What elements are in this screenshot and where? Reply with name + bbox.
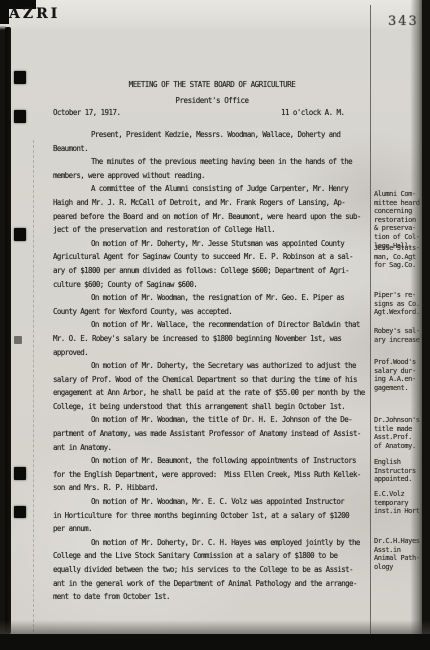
body-line: equally divided between the two; his ser… bbox=[53, 565, 375, 579]
body-line: per annum. bbox=[53, 524, 375, 538]
body-line: On motion of Mr. Woodman, the resignatio… bbox=[53, 293, 375, 307]
meeting-subtitle: President's Office bbox=[53, 96, 371, 105]
body-line: Mr. O. E. Robey's salary be increased to… bbox=[53, 334, 375, 348]
body-line: A committee of the Alumni consisting of … bbox=[53, 184, 375, 198]
body-line: On motion of Mr. Doherty, the Secretary … bbox=[53, 361, 375, 375]
microfilm-scan: AZRI 343 MEETING OF THE STATE BOARD OF A… bbox=[0, 0, 430, 650]
body-line: Beaumont. bbox=[53, 144, 375, 158]
page-top-band bbox=[0, 0, 430, 30]
body-line: College and the Live Stock Sanitary Comm… bbox=[53, 551, 375, 565]
body-line: On motion of Mr. Doherty, Dr. C. H. Haye… bbox=[53, 538, 375, 552]
body-line: County Agent for Wexford County, was acc… bbox=[53, 307, 375, 321]
body-line: On motion of Mr. Woodman, the title of D… bbox=[53, 415, 375, 429]
film-bottom-edge bbox=[0, 634, 430, 650]
body-line: in Horticulture for three months beginni… bbox=[53, 511, 375, 525]
body-line: salary of Prof. Wood of the Chemical Dep… bbox=[53, 375, 375, 389]
binding-mark bbox=[14, 336, 22, 344]
film-corner-artifact bbox=[0, 0, 9, 24]
heading-block: MEETING OF THE STATE BOARD OF AGRICULTUR… bbox=[53, 80, 371, 105]
body-line: College, it being understood that this a… bbox=[53, 402, 375, 416]
body-line: The minutes of the previous meeting havi… bbox=[53, 157, 375, 171]
page-edge-shadow-bottom bbox=[0, 620, 430, 634]
body-line: ant in Anatomy. bbox=[53, 443, 375, 457]
film-label: AZRI bbox=[9, 6, 60, 22]
body-line: On motion of Mr. Woodman, Mr. E. C. Volz… bbox=[53, 497, 375, 511]
meeting-title: MEETING OF THE STATE BOARD OF AGRICULTUR… bbox=[53, 80, 371, 89]
body-line: Present, President Kedzie, Messrs. Woodm… bbox=[53, 130, 375, 144]
body-line: ment to date from October 1st. bbox=[53, 592, 375, 606]
binding-mark bbox=[14, 506, 26, 518]
body-line: engagement at Ann Arbor, he shall be pai… bbox=[53, 388, 375, 402]
film-right-edge bbox=[422, 0, 430, 650]
body-line: approved. bbox=[53, 348, 375, 362]
film-left-edge bbox=[5, 27, 11, 634]
binding-mark bbox=[14, 110, 26, 123]
meeting-date: October 17, 1917. bbox=[53, 108, 120, 117]
meeting-time: 11 o'clock A. M. bbox=[281, 108, 344, 117]
body-line: On motion of Mr. Beaumont, the following… bbox=[53, 456, 375, 470]
body-line: ant in the general work of the Departmen… bbox=[53, 579, 375, 593]
body-line: son and Mrs. R. P. Hibbard. bbox=[53, 483, 375, 497]
body-line: ject of the preservation and restoration… bbox=[53, 225, 375, 239]
binding-stitch-line bbox=[33, 140, 34, 632]
binding-mark bbox=[14, 71, 26, 84]
body-line: Haigh and Mr. J. R. McCall of Detroit, a… bbox=[53, 198, 375, 212]
body-line: partment of Anatomy, was made Assistant … bbox=[53, 429, 375, 443]
binding-mark bbox=[14, 467, 26, 480]
binding-mark bbox=[14, 228, 26, 241]
body-line: peared before the Board and on motion of… bbox=[53, 212, 375, 226]
body-line: Agricultural Agent for Saginaw County to… bbox=[53, 252, 375, 266]
body-line: ary of $1800 per annum divided as follow… bbox=[53, 266, 375, 280]
body-line: culture $600; County of Saginaw $600. bbox=[53, 280, 375, 294]
body-text: Present, President Kedzie, Messrs. Woodm… bbox=[53, 130, 375, 606]
body-line: members, were approved without reading. bbox=[53, 171, 375, 185]
body-line: for the English Department, were approve… bbox=[53, 470, 375, 484]
body-line: On motion of Mr. Doherty, Mr. Jesse Stut… bbox=[53, 239, 375, 253]
body-line: On motion of Mr. Wallace, the recommenda… bbox=[53, 320, 375, 334]
